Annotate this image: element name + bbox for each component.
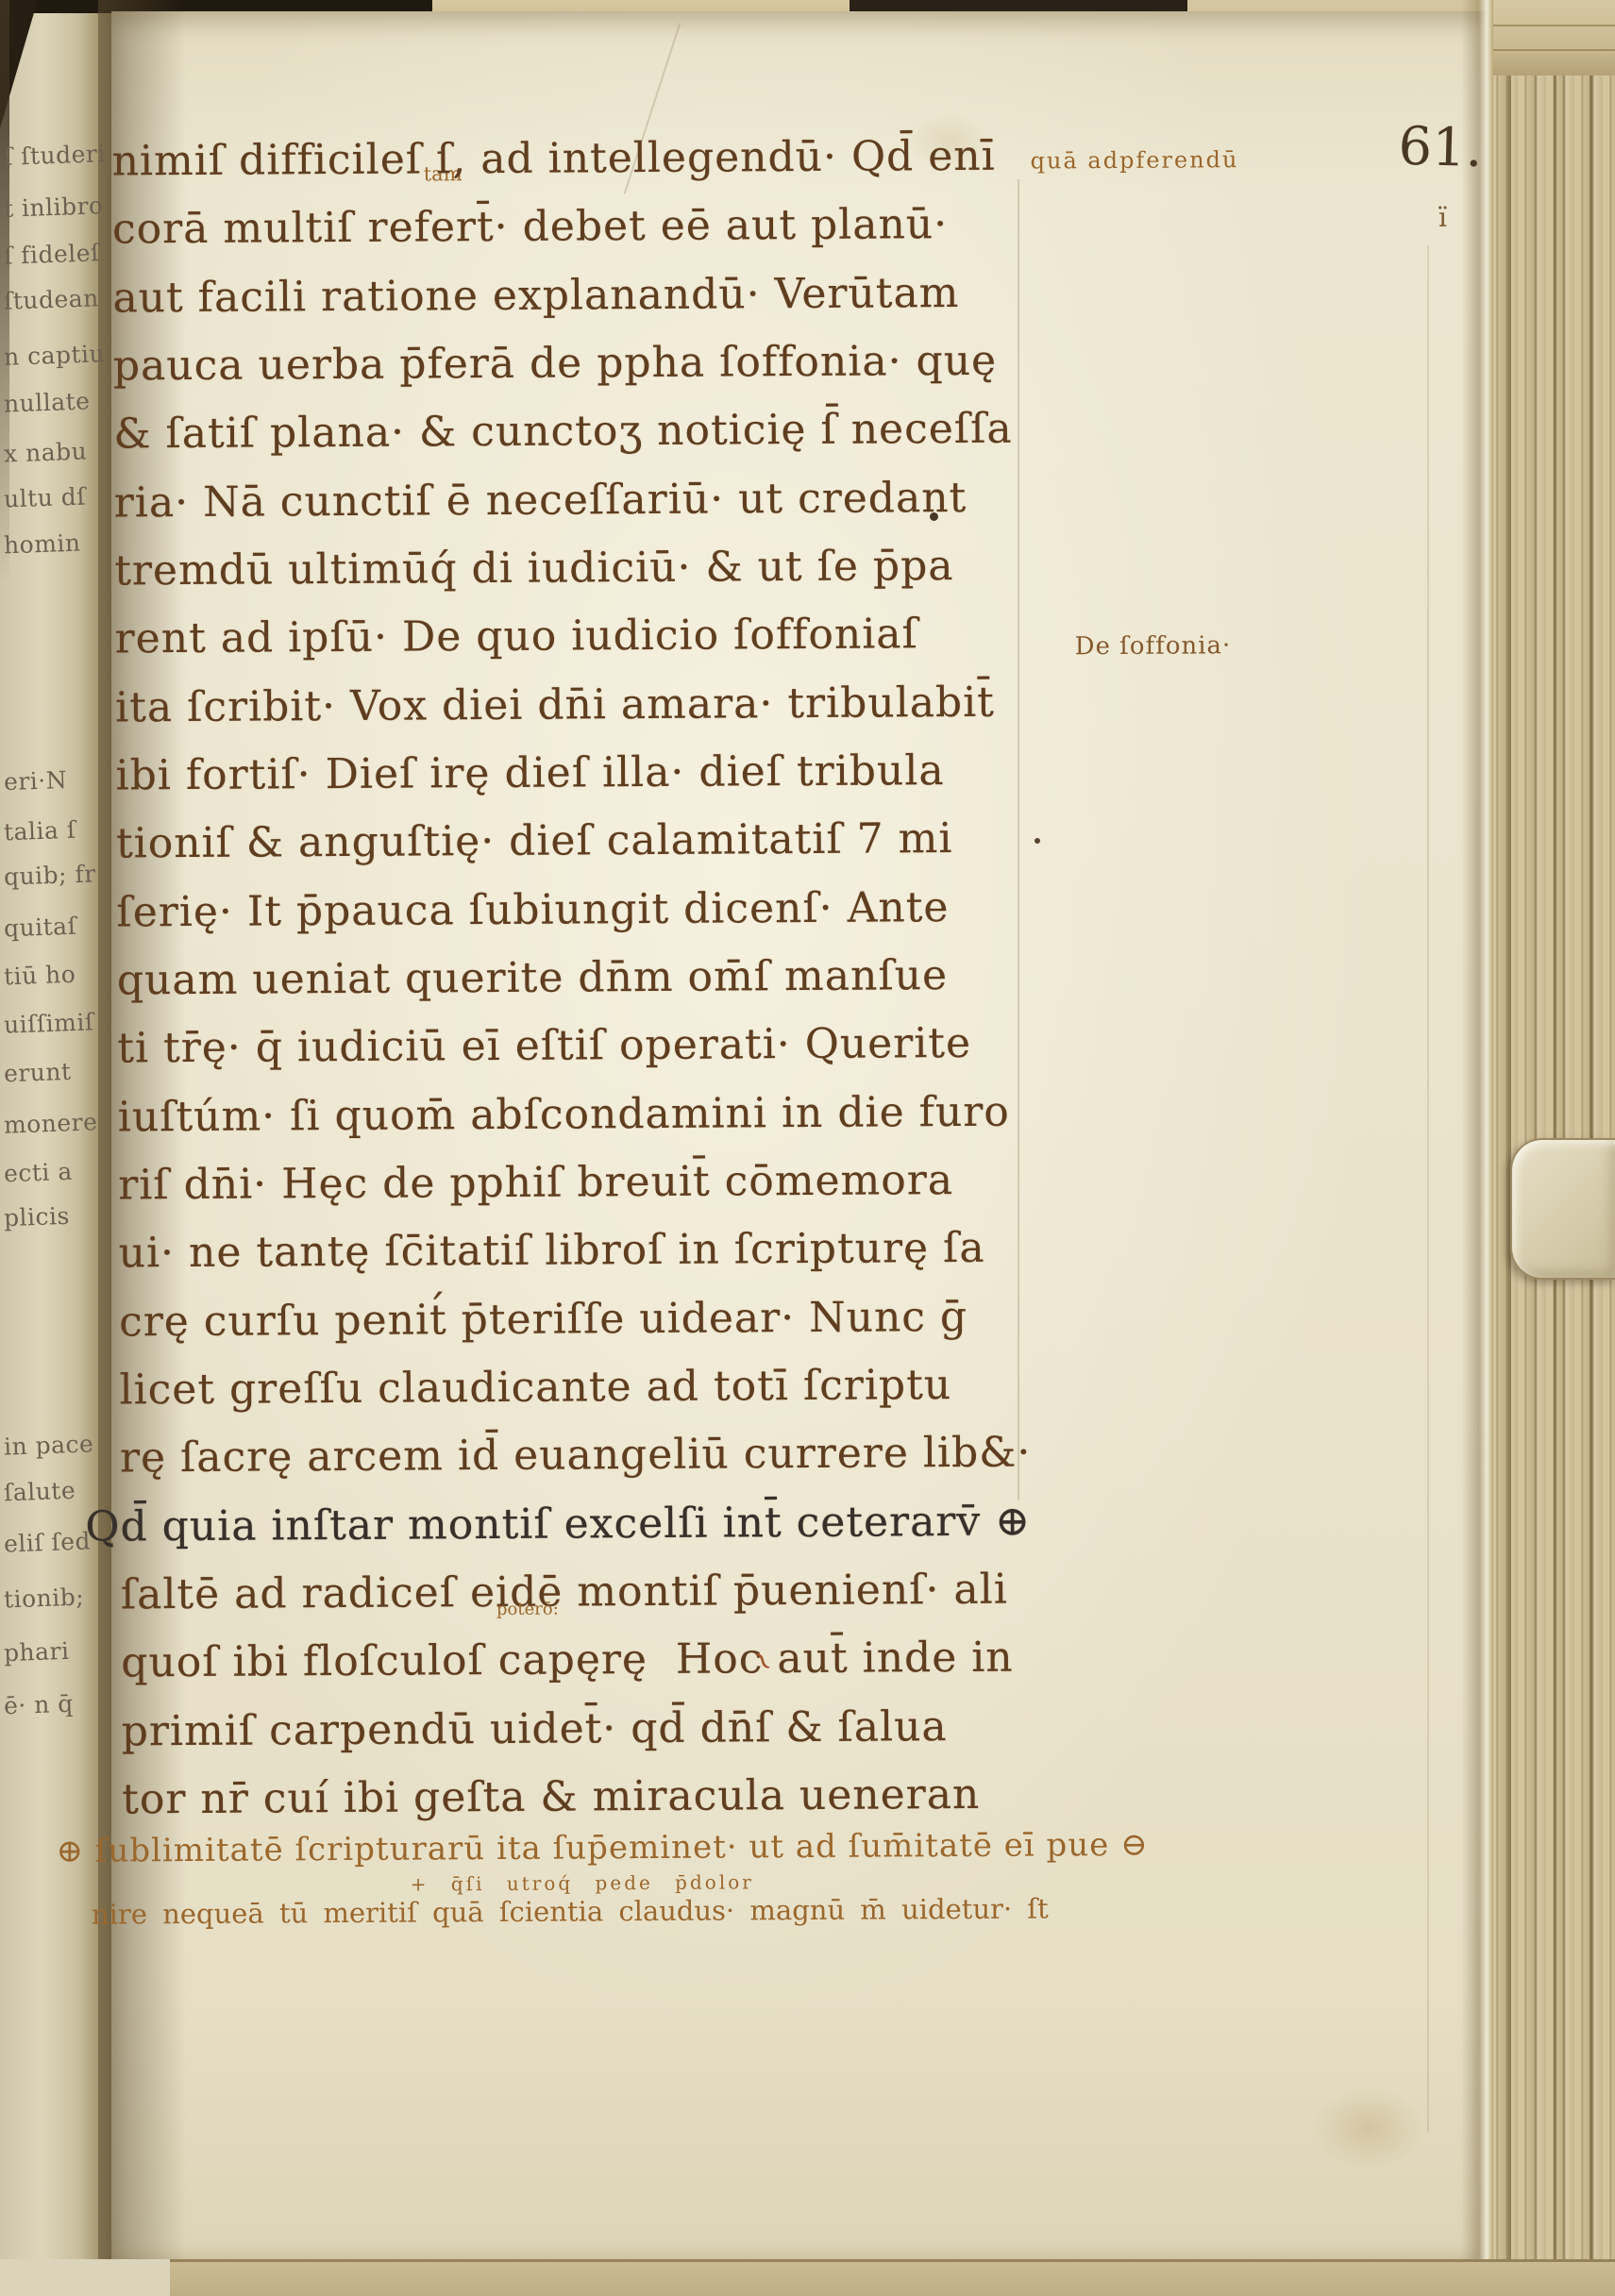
manuscript-line-1: nimiſ difficileſ ſ, ad intellegendū· Qd̄… <box>111 136 995 183</box>
manuscript-line-21: Qd̄ quia inſtar montiſ excelſi int̄ cete… <box>85 1501 1031 1549</box>
addition-line-1: ⊕ ſublimitatē ſcripturarū ita ſup̄eminet… <box>56 1829 1148 1868</box>
folio-number: 61. <box>1398 116 1484 180</box>
manuscript-line-7: tremdū ultimūq́ di iudiciū· & ut ſe p̄pa <box>114 545 954 592</box>
manuscript-line-22: ſaltē ad radiceſ eidē montiſ p̄uenienſ· … <box>121 1569 1008 1617</box>
manuscript-line-11: tioniſ & anguſtię· dieſ calamitatiſ 7 mi <box>116 818 953 864</box>
manuscript-scan: ſ ſtuderi t inlibro ſ fideleſ ſtudean n … <box>0 0 1615 2296</box>
manuscript-line-4: pauca uerba p̄ferā de ppha ſoffonia· quę <box>113 341 997 388</box>
manuscript-line-13: quam ueniat querite dn̄m om̄ſ manſue <box>117 955 948 1001</box>
manuscript-line-19: licet greſſu claudicante ad totī ſcriptu <box>119 1365 951 1411</box>
manuscript-line-12: ſerię· It p̄pauca ſubiungit dicenſ· Ante <box>116 887 949 933</box>
manuscript-line-15: iuſtúm· ſi quom̄ abſcondamini in die fur… <box>118 1092 1010 1139</box>
addition-interlinear-gloss: + q̄ſi utroq́ pede p̄dolor <box>411 1872 754 1893</box>
addition-line-2: nire nequeā tū meritiſ quā ſcientia clau… <box>92 1895 1049 1928</box>
manuscript-line-18: crę curſu penit́ p̄teriſſe uidear· Nunc … <box>119 1297 967 1343</box>
manuscript-line-25: tor nr̄ cuí ibi geſta & miracula ueneran <box>122 1774 980 1821</box>
manuscript-line-3: aut facili ratione explanandū· Verūtam <box>112 273 959 319</box>
manuscript-line-20: rę ſacrę arcem id̄ euangeliū currere lib… <box>120 1433 1032 1480</box>
manuscript-line-23: quoſ ibi floſculoſ capęrę Hoc aut̄ inde … <box>121 1637 1014 1684</box>
interlinear-gloss-potero: poterō: <box>496 1601 559 1618</box>
manuscript-line-8: rent ad ipſū· De quo iudicio ſoffoniaſ <box>115 613 918 660</box>
manuscript-line-10: ibi fortiſ· Dieſ irę dieſ illa· dieſ tri… <box>115 750 944 796</box>
manuscript-line-6: ria· Nā cunctiſ ē neceſſariū· ut credant <box>114 478 967 525</box>
manuscript-line-14: ti tr̄ę· q̄ iudiciū eī eſtiſ operati· Qu… <box>117 1023 971 1070</box>
manuscript-line-2: corā multiſ refert̄· debet eē aut planū· <box>112 204 948 250</box>
ink-mark: ï <box>1438 202 1447 233</box>
interlinear-gloss-top-right: quā adpferendū <box>1031 148 1239 172</box>
margin-note-de-soffonia: De ſoffonia· <box>1075 631 1232 661</box>
manuscript-line-16: riſ dn̄i· Hęc de pphiſ breuit̄ cōmemora <box>118 1160 953 1206</box>
manuscript-line-9: ita ſcribit· Vox diei dn̄i amara· tribul… <box>115 682 995 729</box>
manuscript-line-24: primiſ carpendū uidet̄· qd̄ dn̄ſ & ſalua <box>122 1706 948 1752</box>
text-block: 61. ï tam quā adpferendū nimiſ difficile… <box>0 0 1615 2296</box>
manuscript-line-5: & ſatiſ plana· & cunctoʒ noticię ſ̄ nece… <box>113 409 1013 456</box>
manuscript-line-17: ui· ne tantę ſc̄itatiſ libroſ in ſcriptu… <box>119 1228 985 1275</box>
